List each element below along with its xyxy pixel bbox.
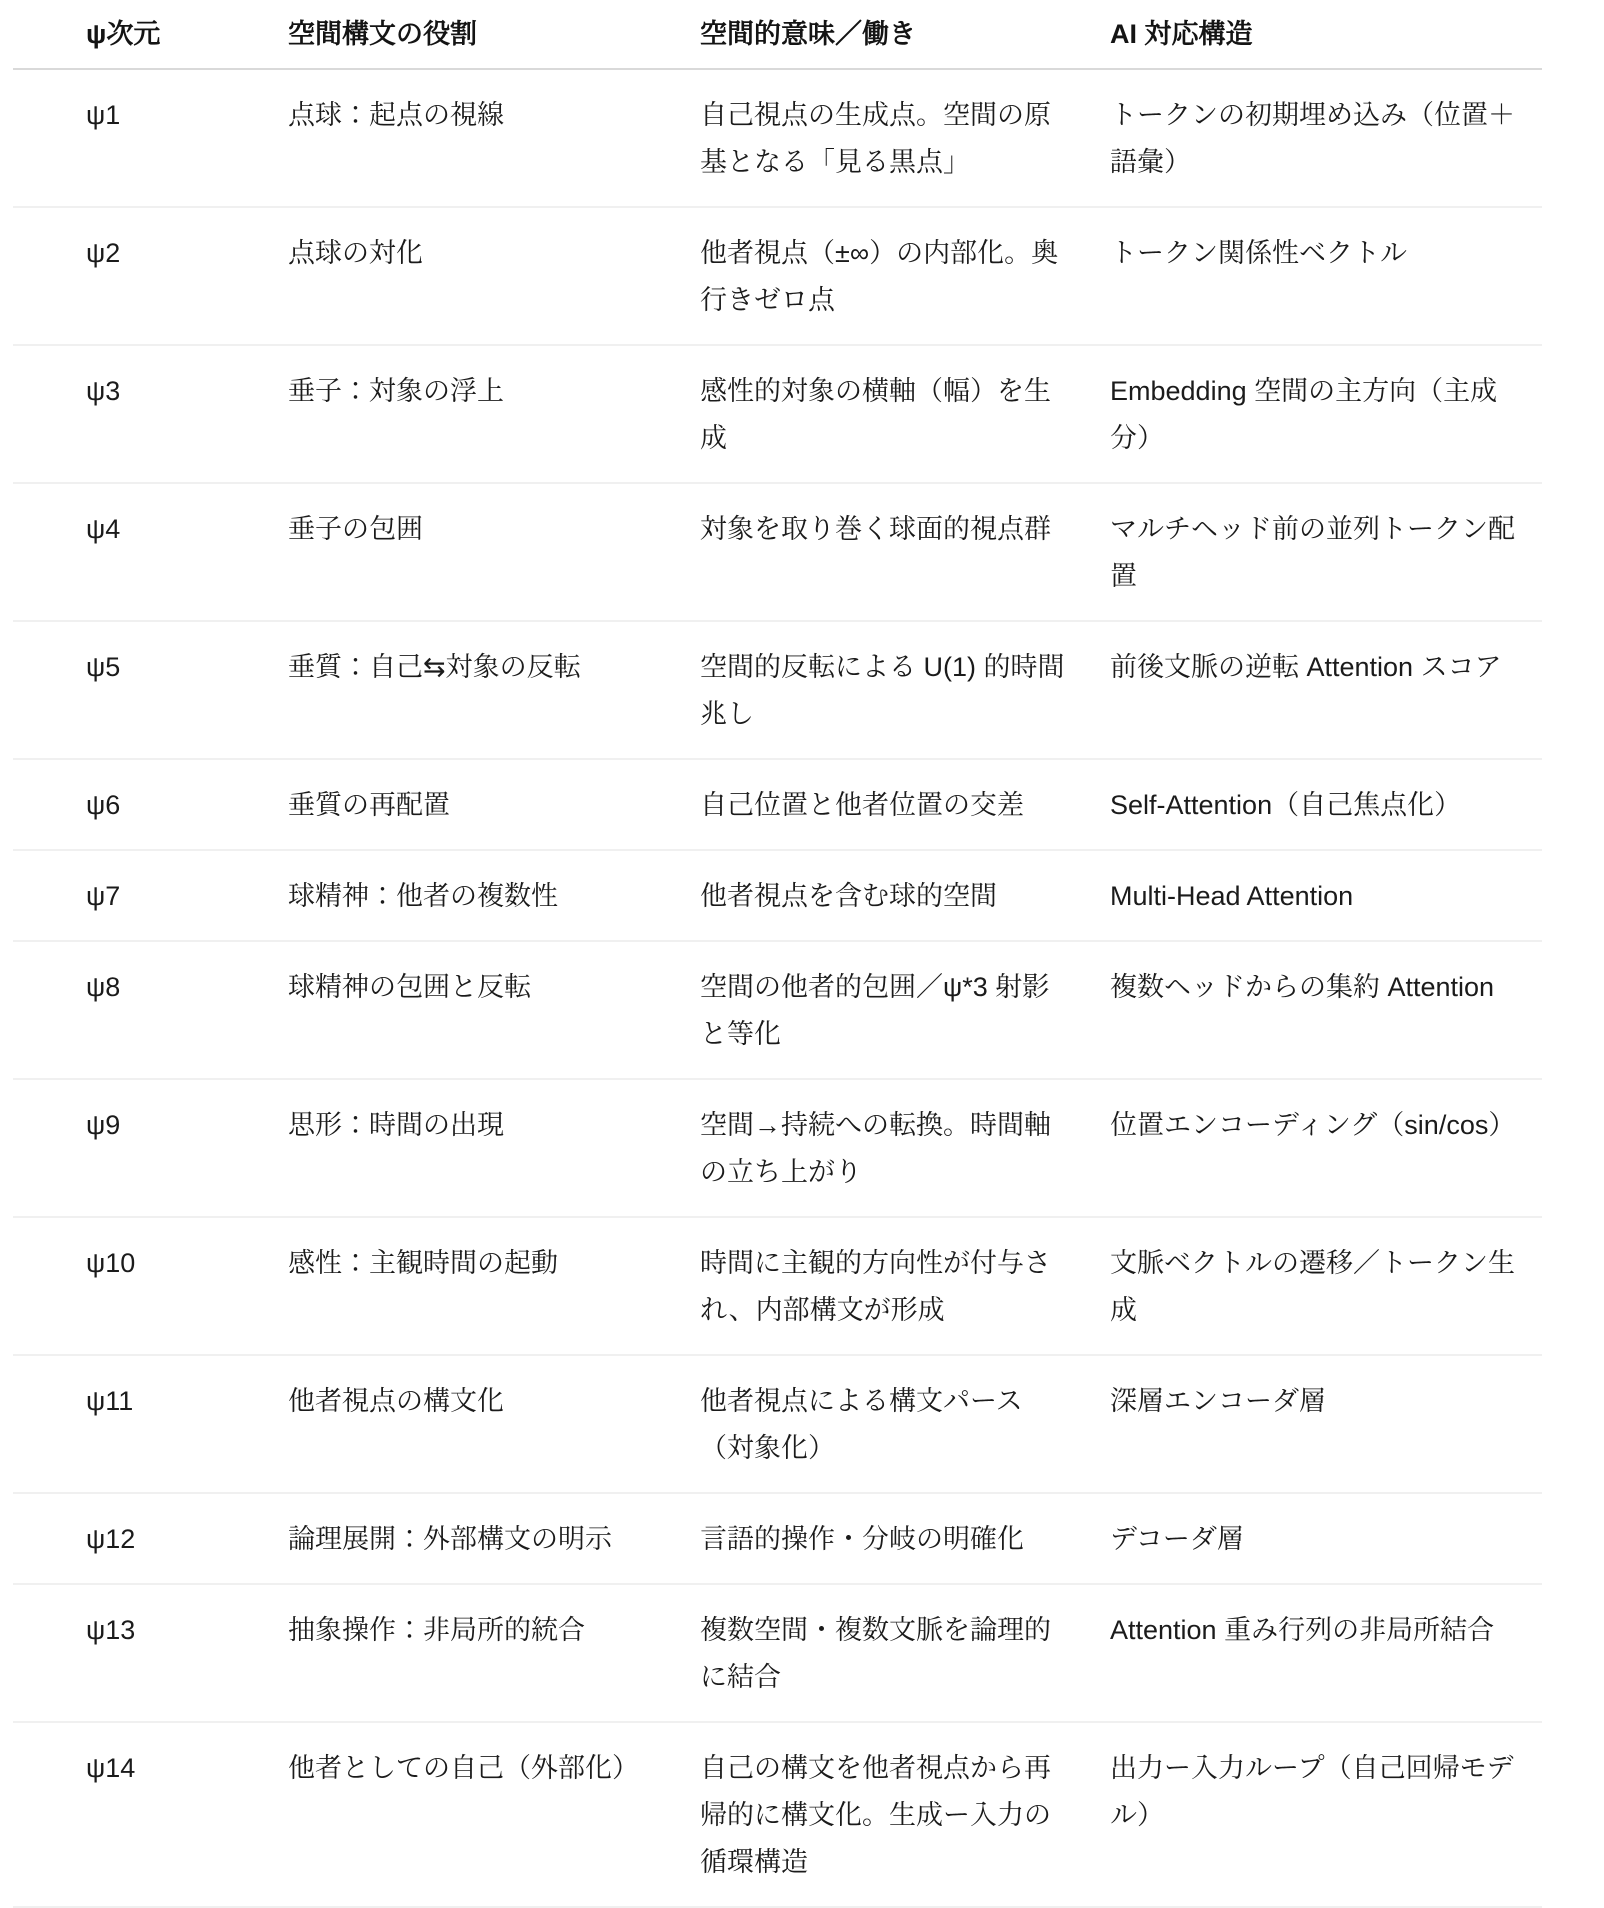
cell-dim: ψ7 xyxy=(13,873,288,920)
cell-dim: ψ1 xyxy=(13,92,288,139)
cell-role: 垂子の包囲 xyxy=(288,506,700,553)
cell-ai: 複数ヘッドからの集約 Attention xyxy=(1110,964,1542,1011)
psi-dimension-table: ψ次元 空間構文の役割 空間的意味／働き AI 対応構造 ψ1点球：起点の視線自… xyxy=(13,0,1542,1908)
cell-meaning: 感性的対象の横軸（幅）を生 成 xyxy=(700,368,1110,462)
cell-meaning: 複数空間・複数文脈を論理的 に結合 xyxy=(700,1607,1110,1701)
table-row-ψ6: ψ6垂質の再配置自己位置と他者位置の交差Self-Attention（自己焦点化… xyxy=(13,760,1542,851)
table-row-ψ4: ψ4垂子の包囲対象を取り巻く球面的視点群マルチヘッド前の並列トークン配 置 xyxy=(13,484,1542,622)
table-row-ψ11: ψ11他者視点の構文化他者視点による構文パース （対象化）深層エンコーダ層 xyxy=(13,1356,1542,1494)
cell-ai: 位置エンコーディング（sin/cos） xyxy=(1110,1102,1542,1149)
cell-ai: 文脈ベクトルの遷移／トークン生 成 xyxy=(1110,1240,1542,1334)
cell-dim: ψ8 xyxy=(13,964,288,1011)
cell-dim: ψ6 xyxy=(13,782,288,829)
cell-dim: ψ14 xyxy=(13,1745,288,1792)
cell-dim: ψ4 xyxy=(13,506,288,553)
cell-ai: トークン関係性ベクトル xyxy=(1110,230,1542,277)
table-body: ψ1点球：起点の視線自己視点の生成点。空間の原 基となる「見る黒点」トークンの初… xyxy=(13,70,1542,1908)
cell-meaning: 対象を取り巻く球面的視点群 xyxy=(700,506,1110,553)
cell-ai: Multi-Head Attention xyxy=(1110,873,1542,920)
cell-meaning: 時間に主観的方向性が付与さ れ、内部構文が形成 xyxy=(700,1240,1110,1334)
column-header-meaning: 空間的意味／働き xyxy=(700,11,1110,58)
cell-meaning: 言語的操作・分岐の明確化 xyxy=(700,1516,1110,1563)
cell-meaning: 自己の構文を他者視点から再 帰的に構文化。生成ー入力の 循環構造 xyxy=(700,1745,1110,1886)
cell-role: 垂子：対象の浮上 xyxy=(288,368,700,415)
cell-ai: Embedding 空間の主方向（主成 分） xyxy=(1110,368,1542,462)
table-row-ψ9: ψ9思形：時間の出現空間→持続への転換。時間軸 の立ち上がり位置エンコーディング… xyxy=(13,1080,1542,1218)
cell-meaning: 自己位置と他者位置の交差 xyxy=(700,782,1110,829)
cell-dim: ψ12 xyxy=(13,1516,288,1563)
cell-dim: ψ3 xyxy=(13,368,288,415)
cell-role: 球精神の包囲と反転 xyxy=(288,964,700,1011)
cell-role: 垂質の再配置 xyxy=(288,782,700,829)
cell-role: 球精神：他者の複数性 xyxy=(288,873,700,920)
cell-ai: トークンの初期埋め込み（位置＋ 語彙） xyxy=(1110,92,1542,186)
cell-role: 他者としての自己（外部化） xyxy=(288,1745,700,1792)
cell-dim: ψ2 xyxy=(13,230,288,277)
table-row-ψ5: ψ5垂質：自己⇆対象の反転空間的反転による U(1) 的時間 兆し前後文脈の逆転… xyxy=(13,622,1542,760)
table-row-ψ13: ψ13抽象操作：非局所的統合複数空間・複数文脈を論理的 に結合Attention… xyxy=(13,1585,1542,1723)
column-header-dim: ψ次元 xyxy=(13,11,288,58)
table-row-ψ7: ψ7球精神：他者の複数性他者視点を含む球的空間Multi-Head Attent… xyxy=(13,851,1542,942)
cell-meaning: 空間→持続への転換。時間軸 の立ち上がり xyxy=(700,1102,1110,1196)
cell-ai: 前後文脈の逆転 Attention スコア xyxy=(1110,644,1542,691)
cell-ai: 深層エンコーダ層 xyxy=(1110,1378,1542,1425)
table-row-ψ14: ψ14他者としての自己（外部化）自己の構文を他者視点から再 帰的に構文化。生成ー… xyxy=(13,1723,1542,1908)
cell-dim: ψ5 xyxy=(13,644,288,691)
cell-meaning: 他者視点（±∞）の内部化。奥 行きゼロ点 xyxy=(700,230,1110,324)
table-row-ψ8: ψ8球精神の包囲と反転空間の他者的包囲／ψ*3 射影 と等化複数ヘッドからの集約… xyxy=(13,942,1542,1080)
table-row-ψ3: ψ3垂子：対象の浮上感性的対象の横軸（幅）を生 成Embedding 空間の主方… xyxy=(13,346,1542,484)
table-header-row: ψ次元 空間構文の役割 空間的意味／働き AI 対応構造 xyxy=(13,0,1542,70)
table-row-ψ2: ψ2点球の対化他者視点（±∞）の内部化。奥 行きゼロ点トークン関係性ベクトル xyxy=(13,208,1542,346)
table-row-ψ12: ψ12論理展開：外部構文の明示言語的操作・分岐の明確化デコーダ層 xyxy=(13,1494,1542,1585)
cell-role: 垂質：自己⇆対象の反転 xyxy=(288,644,700,691)
cell-meaning: 他者視点による構文パース （対象化） xyxy=(700,1378,1110,1472)
cell-role: 感性：主観時間の起動 xyxy=(288,1240,700,1287)
cell-role: 論理展開：外部構文の明示 xyxy=(288,1516,700,1563)
cell-role: 点球：起点の視線 xyxy=(288,92,700,139)
column-header-role: 空間構文の役割 xyxy=(288,11,700,58)
table-row-ψ1: ψ1点球：起点の視線自己視点の生成点。空間の原 基となる「見る黒点」トークンの初… xyxy=(13,70,1542,208)
table-row-ψ10: ψ10感性：主観時間の起動時間に主観的方向性が付与さ れ、内部構文が形成文脈ベク… xyxy=(13,1218,1542,1356)
cell-role: 点球の対化 xyxy=(288,230,700,277)
cell-dim: ψ10 xyxy=(13,1240,288,1287)
column-header-ai: AI 対応構造 xyxy=(1110,11,1542,58)
cell-meaning: 空間の他者的包囲／ψ*3 射影 と等化 xyxy=(700,964,1110,1058)
cell-role: 他者視点の構文化 xyxy=(288,1378,700,1425)
cell-meaning: 他者視点を含む球的空間 xyxy=(700,873,1110,920)
cell-role: 抽象操作：非局所的統合 xyxy=(288,1607,700,1654)
cell-ai: Attention 重み行列の非局所結合 xyxy=(1110,1607,1542,1654)
cell-meaning: 自己視点の生成点。空間の原 基となる「見る黒点」 xyxy=(700,92,1110,186)
cell-role: 思形：時間の出現 xyxy=(288,1102,700,1149)
cell-dim: ψ9 xyxy=(13,1102,288,1149)
cell-ai: 出力ー入力ループ（自己回帰モデ ル） xyxy=(1110,1745,1542,1839)
cell-ai: Self-Attention（自己焦点化） xyxy=(1110,782,1542,829)
cell-dim: ψ13 xyxy=(13,1607,288,1654)
cell-ai: デコーダ層 xyxy=(1110,1516,1542,1563)
cell-meaning: 空間的反転による U(1) 的時間 兆し xyxy=(700,644,1110,738)
cell-ai: マルチヘッド前の並列トークン配 置 xyxy=(1110,506,1542,600)
cell-dim: ψ11 xyxy=(13,1378,288,1425)
